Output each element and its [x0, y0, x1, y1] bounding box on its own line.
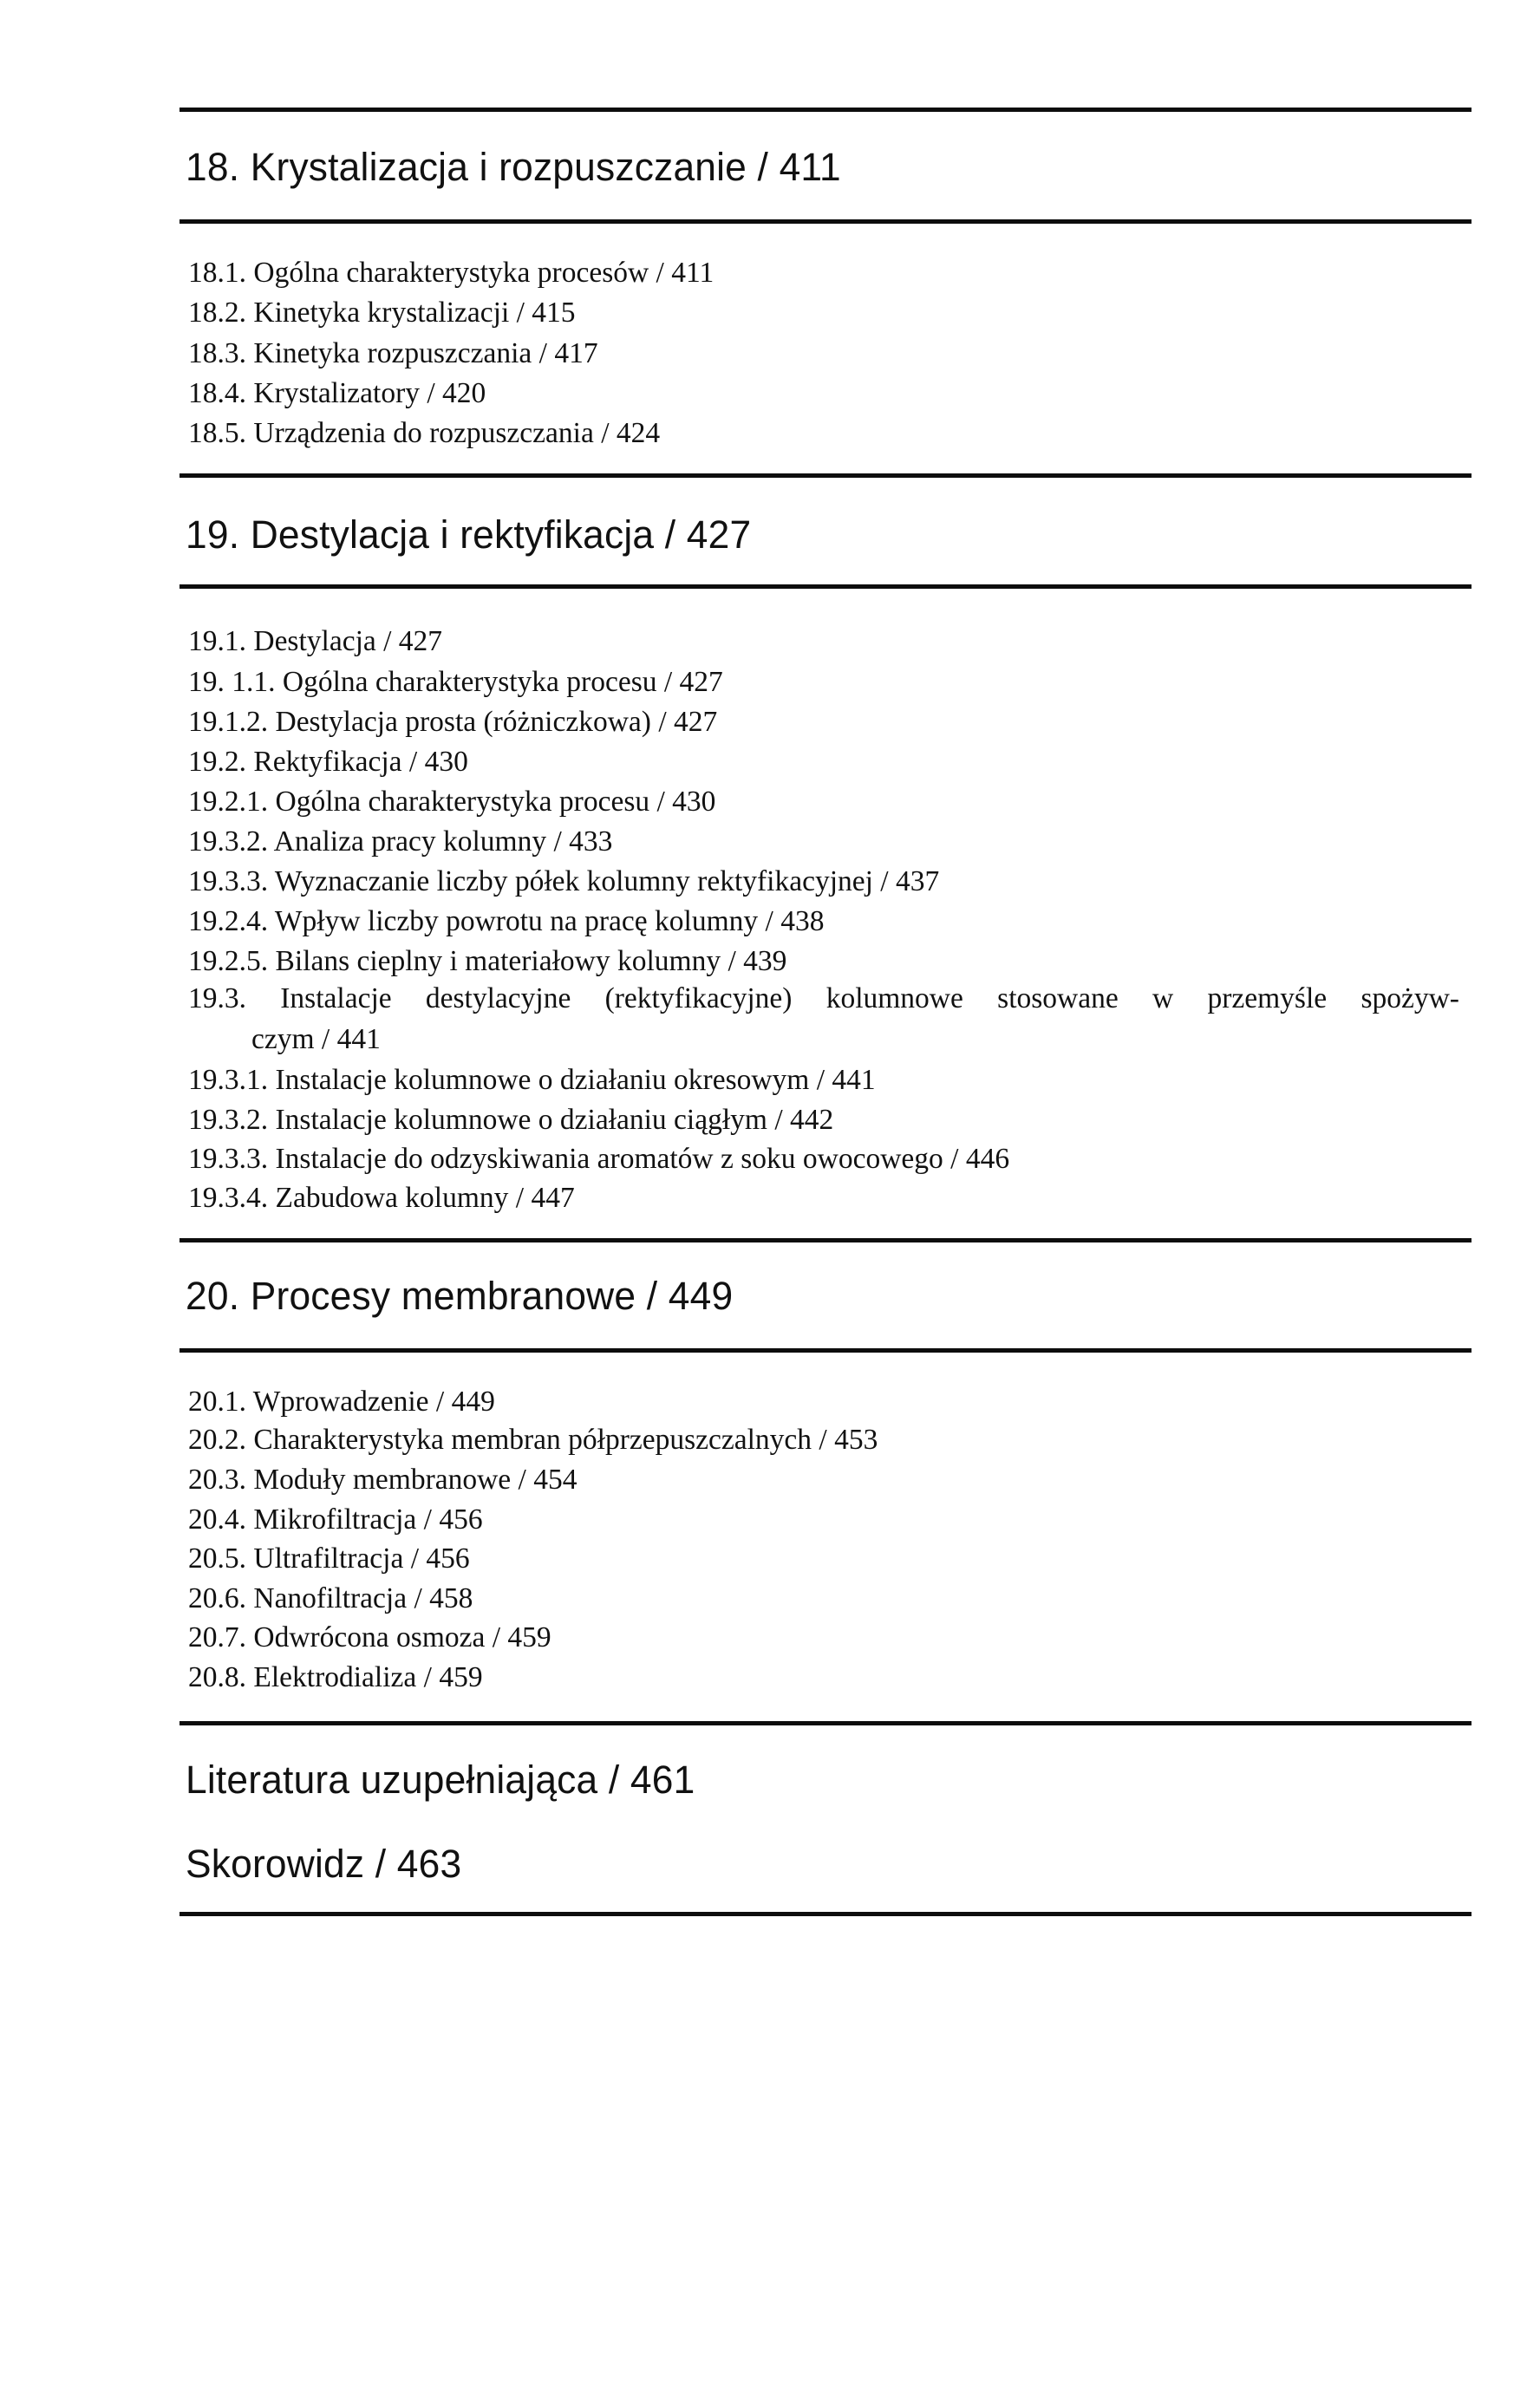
- toc-entry: 20.6. Nanofiltracja / 458: [188, 1584, 473, 1614]
- toc-entry: 18.1. Ogólna charakterystyka procesów / …: [188, 258, 714, 288]
- toc-entry: 20.2. Charakterystyka membran półprzepus…: [188, 1425, 878, 1455]
- toc-entry: 19.3.2. Analiza pracy kolumny / 433: [188, 827, 612, 857]
- toc-entry-continuation: czym / 441: [251, 1025, 381, 1054]
- toc-entry: 19.1. Destylacja / 427: [188, 627, 442, 656]
- toc-entry: 19.3.3. Wyznaczanie liczby półek kolumny…: [188, 867, 939, 897]
- section-rule: [179, 473, 1471, 478]
- chapter-heading-19: 19. Destylacja i rektyfikacja / 427: [186, 515, 751, 554]
- toc-entry: 18.2. Kinetyka krystalizacji / 415: [188, 298, 576, 328]
- toc-word: w: [1152, 984, 1173, 1014]
- toc-word: 19.3.: [188, 984, 246, 1014]
- toc-entry: 20.5. Ultrafiltracja / 456: [188, 1544, 470, 1574]
- toc-entry: 19.1.2. Destylacja prosta (różniczkowa) …: [188, 708, 717, 737]
- toc-entry: 18.3. Kinetyka rozpuszczania / 417: [188, 339, 598, 368]
- section-rule: [179, 1238, 1471, 1242]
- back-matter-literature: Literatura uzupełniająca / 461: [186, 1760, 695, 1799]
- toc-entry: 20.4. Mikrofiltracja / 456: [188, 1505, 483, 1535]
- toc-entry: 20.8. Elektrodializa / 459: [188, 1663, 483, 1692]
- toc-entry: 19.3.1. Instalacje kolumnowe o działaniu…: [188, 1066, 876, 1095]
- toc-entry: 20.3. Moduły membranowe / 454: [188, 1465, 577, 1495]
- toc-entry: 19. 1.1. Ogólna charakterystyka procesu …: [188, 668, 723, 697]
- toc-word: stosowane: [997, 984, 1119, 1014]
- chapter-heading-18: 18. Krystalizacja i rozpuszczanie / 411: [186, 147, 841, 186]
- toc-entry: 20.1. Wprowadzenie / 449: [188, 1387, 495, 1417]
- toc-word: spożyw-: [1361, 984, 1459, 1014]
- toc-word: Instalacje: [280, 984, 391, 1014]
- section-rule: [179, 1348, 1471, 1353]
- toc-entry: 19.3.4. Zabudowa kolumny / 447: [188, 1184, 575, 1213]
- toc-entry: 19.2.5. Bilans cieplny i materiałowy kol…: [188, 947, 786, 976]
- toc-entry-first-line: 19.3.Instalacjedestylacyjne(rektyfikacyj…: [188, 984, 1459, 1014]
- toc-word: kolumnowe: [826, 984, 963, 1014]
- toc-entry: 19.2. Rektyfikacja / 430: [188, 747, 468, 777]
- toc-entry: 20.7. Odwrócona osmoza / 459: [188, 1623, 551, 1653]
- section-rule: [179, 219, 1471, 224]
- back-matter-index: Skorowidz / 463: [186, 1844, 461, 1883]
- section-rule: [179, 108, 1471, 112]
- table-of-contents-page: 18. Krystalizacja i rozpuszczanie / 411 …: [0, 0, 1540, 2387]
- toc-entry: 19.2.1. Ogólna charakterystyka procesu /…: [188, 787, 715, 817]
- toc-entry-wrapped: 19.3.Instalacjedestylacyjne(rektyfikacyj…: [188, 984, 1459, 1014]
- toc-entry: 19.3.2. Instalacje kolumnowe o działaniu…: [188, 1105, 833, 1135]
- toc-word: (rektyfikacyjne): [605, 984, 793, 1014]
- section-rule: [179, 584, 1471, 589]
- toc-entry: 18.5. Urządzenia do rozpuszczania / 424: [188, 419, 660, 448]
- toc-word: przemyśle: [1207, 984, 1327, 1014]
- chapter-heading-20: 20. Procesy membranowe / 449: [186, 1276, 733, 1315]
- section-rule: [179, 1912, 1471, 1916]
- toc-word: destylacyjne: [426, 984, 571, 1014]
- section-rule: [179, 1721, 1471, 1725]
- toc-entry: 19.2.4. Wpływ liczby powrotu na pracę ko…: [188, 907, 824, 936]
- toc-entry: 19.3.3. Instalacje do odzyskiwania aroma…: [188, 1145, 1009, 1174]
- toc-entry: 18.4. Krystalizatory / 420: [188, 379, 486, 408]
